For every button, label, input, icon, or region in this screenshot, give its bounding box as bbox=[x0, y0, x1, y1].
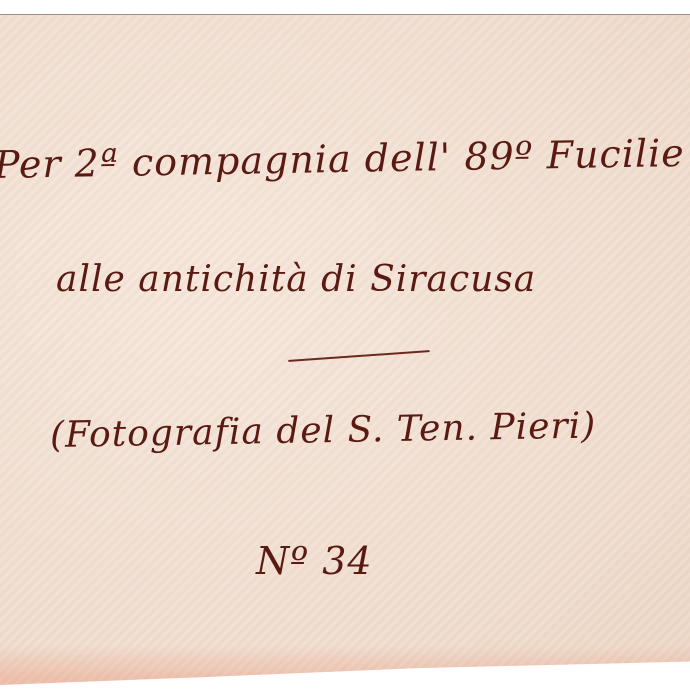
caption-line-number: Nº 34 bbox=[256, 539, 373, 583]
caption-line-company: Per 2ª compagnia dell' 89º Fucilie bbox=[0, 131, 685, 187]
caption-line-location: alle antichità di Siracusa bbox=[56, 259, 536, 300]
divider-stroke bbox=[288, 350, 430, 362]
aged-paper-card: Per 2ª compagnia dell' 89º Fucilie alle … bbox=[0, 14, 690, 685]
caption-line-photographer: (Fotografia del S. Ten. Pieri) bbox=[50, 405, 597, 456]
